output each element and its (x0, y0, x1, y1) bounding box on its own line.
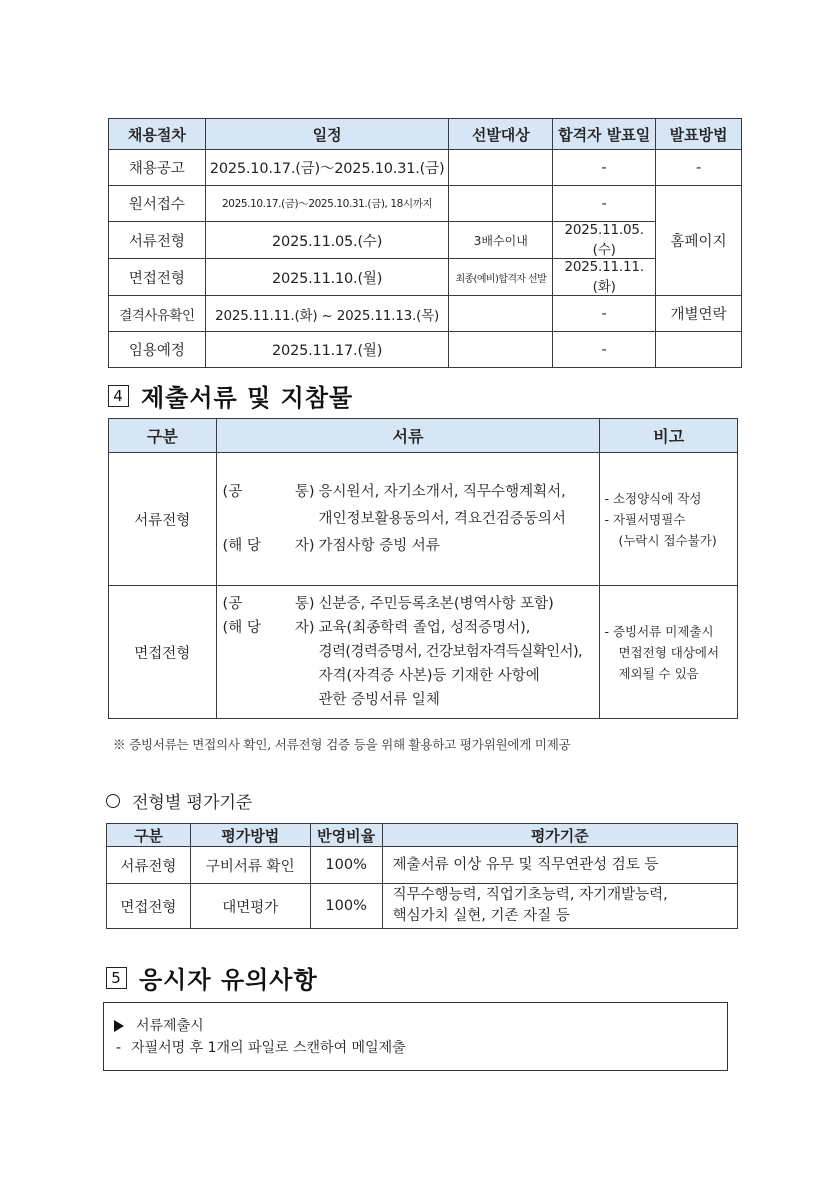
method-cell: 홈페이지 (656, 186, 742, 296)
doc-prefix: (해 당 (223, 533, 261, 560)
doc-line: (해 당자)가점사항 증빙 서류 (223, 533, 596, 560)
announce-date-cell: - (553, 296, 656, 332)
table-row: 임용예정 2025.11.17.(월) - (109, 332, 742, 368)
doc-text: 개인정보활용동의서, 격요건검증동의서 (319, 506, 596, 533)
schedule-cell: 2025.11.11.(화) ~ 2025.11.13.(목) (205, 296, 449, 332)
target-cell: 최종(예비)합격자 선발 (449, 259, 553, 296)
doc-prefix: 자) (295, 533, 315, 560)
evaluation-title: 전형별 평가기준 (132, 788, 252, 813)
notice-text: 서류제출시 (136, 1015, 204, 1037)
category-cell: 서류전형 (109, 453, 217, 586)
method-cell: 개별연락 (656, 296, 742, 332)
criteria-cell: 제출서류 이상 유무 및 직무연관성 검토 등 (382, 847, 737, 884)
schedule-cell: 2025.11.05.(수) (205, 222, 449, 259)
announce-date-cell: - (553, 150, 656, 186)
step-cell: 결격사유확인 (109, 296, 206, 332)
criteria-line: 직무수행능력, 직업기초능력, 자기개발능력, (393, 885, 737, 906)
doc-line: 자격(자격증 사본)등 기재한 사항에 (223, 664, 596, 688)
header-category: 구분 (107, 824, 191, 847)
doc-text: 신분증, 주민등록초본(병역사항 포함) (319, 592, 596, 616)
notice-item: 서류제출시 (112, 1015, 727, 1037)
ratio-cell: 100% (310, 884, 382, 929)
doc-prefix: (해 당 (223, 616, 261, 640)
category-cell: 서류전형 (107, 847, 191, 884)
doc-line: (공통)응시원서, 자기소개서, 직무수행계획서, (223, 479, 596, 506)
schedule-header-row: 채용절차 일정 선발대상 합격자 발표일 발표방법 (109, 119, 742, 150)
header-method: 발표방법 (656, 119, 742, 150)
method-cell: - (656, 150, 742, 186)
target-cell: 3배수이내 (449, 222, 553, 259)
doc-line: (공통)신분증, 주민등록초본(병역사항 포함) (223, 592, 596, 616)
notice-box: 서류제출시 - 자필서명 후 1개의 파일로 스캔하여 메일제출 (103, 1002, 728, 1071)
target-cell (449, 150, 553, 186)
doc-prefix: 통) (295, 592, 315, 616)
step-cell: 임용예정 (109, 332, 206, 368)
announce-date-cell: - (553, 186, 656, 222)
header-method: 평가방법 (190, 824, 310, 847)
circle-bullet-icon (106, 794, 120, 808)
step-cell: 채용공고 (109, 150, 206, 186)
header-step: 채용절차 (109, 119, 206, 150)
dash-bullet: - (116, 1037, 121, 1059)
notes-cell: - 증빙서류 미제출시 면접전형 대상에서 제외될 수 있음 (600, 586, 738, 719)
footnote: ※ 증빙서류는 면접의사 확인, 서류전형 검증 등을 위해 활용하고 평가위원… (113, 735, 571, 753)
doc-prefix: 통) (295, 479, 315, 506)
table-row: 원서접수 2025.10.17.(금)～2025.10.31.(금), 18시까… (109, 186, 742, 222)
section-4-title: 제출서류 및 지참물 (141, 378, 353, 413)
ratio-cell: 100% (310, 847, 382, 884)
method-cell (656, 332, 742, 368)
doc-text: 관한 증빙서류 일체 (319, 688, 596, 712)
note-line: - 소정양식에 작성 (604, 488, 737, 509)
doc-text: 경력(경력증명서, 건강보험자격득실확인서), (319, 640, 596, 664)
category-cell: 면접전형 (109, 586, 217, 719)
table-row: 서류전형 구비서류 확인 100% 제출서류 이상 유무 및 직무연관성 검토 … (107, 847, 738, 884)
doc-line: 관한 증빙서류 일체 (223, 688, 596, 712)
section-5-heading: 5 응시자 유의사항 (106, 960, 318, 995)
header-announce-date: 합격자 발표일 (553, 119, 656, 150)
note-line: - 자필서명필수 (604, 509, 737, 530)
triangle-bullet-icon (114, 1020, 124, 1032)
doc-text: 가점사항 증빙 서류 (319, 533, 596, 560)
announce-date-cell: 2025.11.11.(화) (553, 259, 656, 296)
method-cell: 대면평가 (190, 884, 310, 929)
notice-text: 자필서명 후 1개의 파일로 스캔하여 메일제출 (131, 1037, 406, 1059)
table-row: 면접전형 (공통)신분증, 주민등록초본(병역사항 포함) (해 당자)교육(최… (109, 586, 738, 719)
table-row: 면접전형 2025.11.10.(월) 최종(예비)합격자 선발 2025.11… (109, 259, 742, 296)
table-row: 채용공고 2025.10.17.(금)～2025.10.31.(금) - - (109, 150, 742, 186)
method-cell: 구비서류 확인 (190, 847, 310, 884)
evaluation-heading: 전형별 평가기준 (106, 788, 252, 813)
notes-cell: - 소정양식에 작성 - 자필서명필수 (누락시 접수불가) (600, 453, 738, 586)
doc-line: 개인정보활용동의서, 격요건검증동의서 (223, 506, 596, 533)
doc-text: 자격(자격증 사본)등 기재한 사항에 (319, 664, 596, 688)
note-line: - 증빙서류 미제출시 (604, 621, 737, 642)
doc-prefix: (공 (223, 479, 243, 506)
announce-date-cell: 2025.11.05.(수) (553, 222, 656, 259)
evaluation-table: 구분 평가방법 반영비율 평가기준 서류전형 구비서류 확인 100% 제출서류… (106, 823, 738, 929)
schedule-cell: 2025.11.17.(월) (205, 332, 449, 368)
schedule-cell: 2025.11.10.(월) (205, 259, 449, 296)
doc-text: 교육(최종학력 졸업, 성적증명서), (319, 616, 596, 640)
header-category: 구분 (109, 419, 217, 453)
target-cell (449, 296, 553, 332)
header-target: 선발대상 (449, 119, 553, 150)
section-number-box: 4 (108, 385, 129, 407)
criteria-line: 핵심가치 실현, 기존 자질 등 (393, 906, 737, 927)
section-number-box: 5 (106, 967, 127, 989)
note-line: (누락시 접수불가) (604, 530, 737, 551)
target-cell (449, 332, 553, 368)
notice-item: - 자필서명 후 1개의 파일로 스캔하여 메일제출 (112, 1037, 727, 1059)
header-criteria: 평가기준 (382, 824, 737, 847)
doc-prefix: (공 (223, 592, 243, 616)
table-row: 면접전형 대면평가 100% 직무수행능력, 직업기초능력, 자기개발능력, 핵… (107, 884, 738, 929)
table-row: 결격사유확인 2025.11.11.(화) ~ 2025.11.13.(목) -… (109, 296, 742, 332)
documents-cell: (공통)응시원서, 자기소개서, 직무수행계획서, 개인정보활용동의서, 격요건… (216, 453, 600, 586)
header-ratio: 반영비율 (310, 824, 382, 847)
note-line: 면접전형 대상에서 (604, 642, 737, 663)
evaluation-header-row: 구분 평가방법 반영비율 평가기준 (107, 824, 738, 847)
header-schedule: 일정 (205, 119, 449, 150)
step-cell: 원서접수 (109, 186, 206, 222)
section-5-title: 응시자 유의사항 (139, 960, 318, 995)
doc-text: 응시원서, 자기소개서, 직무수행계획서, (319, 479, 596, 506)
header-documents: 서류 (216, 419, 600, 453)
documents-table: 구분 서류 비고 서류전형 (공통)응시원서, 자기소개서, 직무수행계획서, … (108, 418, 738, 719)
doc-line: (해 당자)교육(최종학력 졸업, 성적증명서), (223, 616, 596, 640)
announce-date-cell: - (553, 332, 656, 368)
note-line: 제외될 수 있음 (604, 663, 737, 684)
schedule-cell: 2025.10.17.(금)～2025.10.31.(금), 18시까지 (205, 186, 449, 222)
step-cell: 서류전형 (109, 222, 206, 259)
table-row: 서류전형 2025.11.05.(수) 3배수이내 2025.11.05.(수) (109, 222, 742, 259)
criteria-line: 제출서류 이상 유무 및 직무연관성 검토 등 (393, 855, 737, 876)
category-cell: 면접전형 (107, 884, 191, 929)
section-4-heading: 4 제출서류 및 지참물 (108, 378, 353, 413)
schedule-cell: 2025.10.17.(금)～2025.10.31.(금) (205, 150, 449, 186)
criteria-cell: 직무수행능력, 직업기초능력, 자기개발능력, 핵심가치 실현, 기존 자질 등 (382, 884, 737, 929)
table-row: 서류전형 (공통)응시원서, 자기소개서, 직무수행계획서, 개인정보활용동의서… (109, 453, 738, 586)
doc-prefix: 자) (295, 616, 315, 640)
doc-line: 경력(경력증명서, 건강보험자격득실확인서), (223, 640, 596, 664)
documents-cell: (공통)신분증, 주민등록초본(병역사항 포함) (해 당자)교육(최종학력 졸… (216, 586, 600, 719)
documents-header-row: 구분 서류 비고 (109, 419, 738, 453)
target-cell (449, 186, 553, 222)
schedule-table: 채용절차 일정 선발대상 합격자 발표일 발표방법 채용공고 2025.10.1… (108, 118, 742, 368)
step-cell: 면접전형 (109, 259, 206, 296)
header-notes: 비고 (600, 419, 738, 453)
